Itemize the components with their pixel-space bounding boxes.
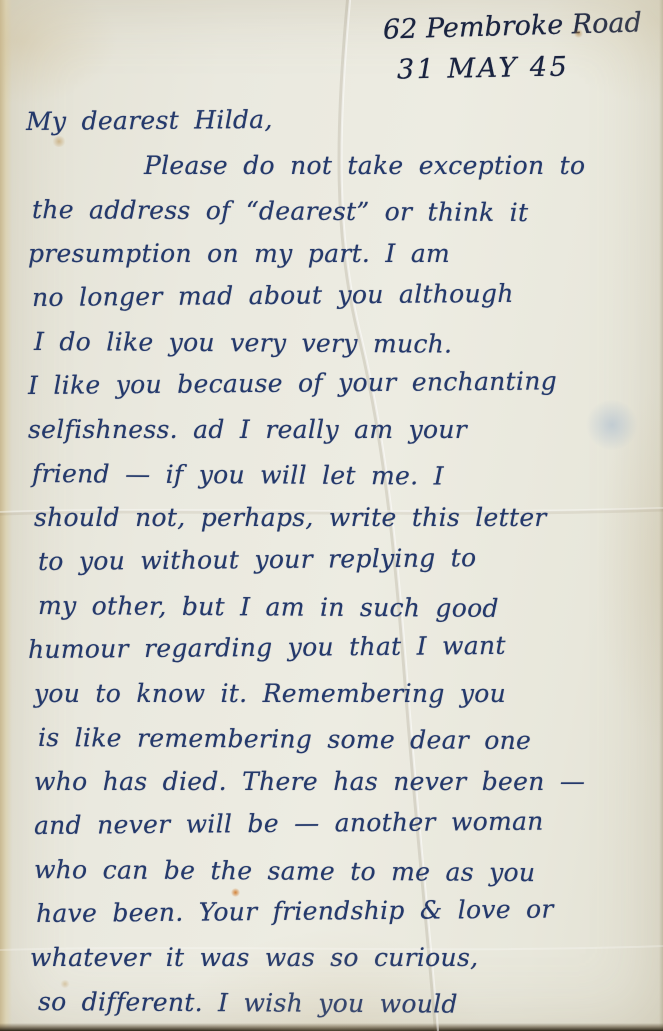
letter-line: you to know it. Remembering you [34, 672, 651, 716]
letter-line: I like you because of your enchanting [28, 359, 651, 408]
letter-line: and never will be — another woman [34, 799, 651, 848]
paper-left-edge [0, 0, 12, 1031]
letter-line: the address of “dearest” or think it [32, 188, 651, 236]
letter-date: 31 MAY 45 [397, 48, 570, 89]
letter-line: to you without your replying to [38, 535, 651, 584]
letter-line: so different. I wish you would [38, 980, 651, 1028]
letter-line: who has died. There has never been — [34, 760, 651, 804]
letter-line: should not, perhaps, write this letter [34, 496, 651, 540]
letter-line: no longer mad about you although [32, 271, 651, 320]
sender-address: 62 Pembroke Road [383, 4, 643, 49]
letter-line: friend — if you will let me. I [32, 452, 651, 500]
salutation: My dearest Hilda, [26, 95, 651, 144]
letter-body: My dearest Hilda, Please do not take exc… [26, 100, 651, 1024]
letter-line: Please do not take exception to [144, 144, 651, 188]
letter-line: is like remembering some dear one [38, 716, 651, 764]
letter-line: whatever it was was so curious, [30, 936, 651, 980]
letter-line: have been. Your friendship & love or [36, 887, 651, 936]
letter-line: humour regarding you that I want [28, 623, 651, 672]
paper-right-edge [659, 0, 663, 1031]
letter-page: 62 Pembroke Road 31 MAY 45 My dearest Hi… [0, 0, 663, 1031]
letter-line: presumption on my part. I am [28, 232, 651, 276]
letter-line: selfishness. ad I really am your [28, 408, 651, 452]
